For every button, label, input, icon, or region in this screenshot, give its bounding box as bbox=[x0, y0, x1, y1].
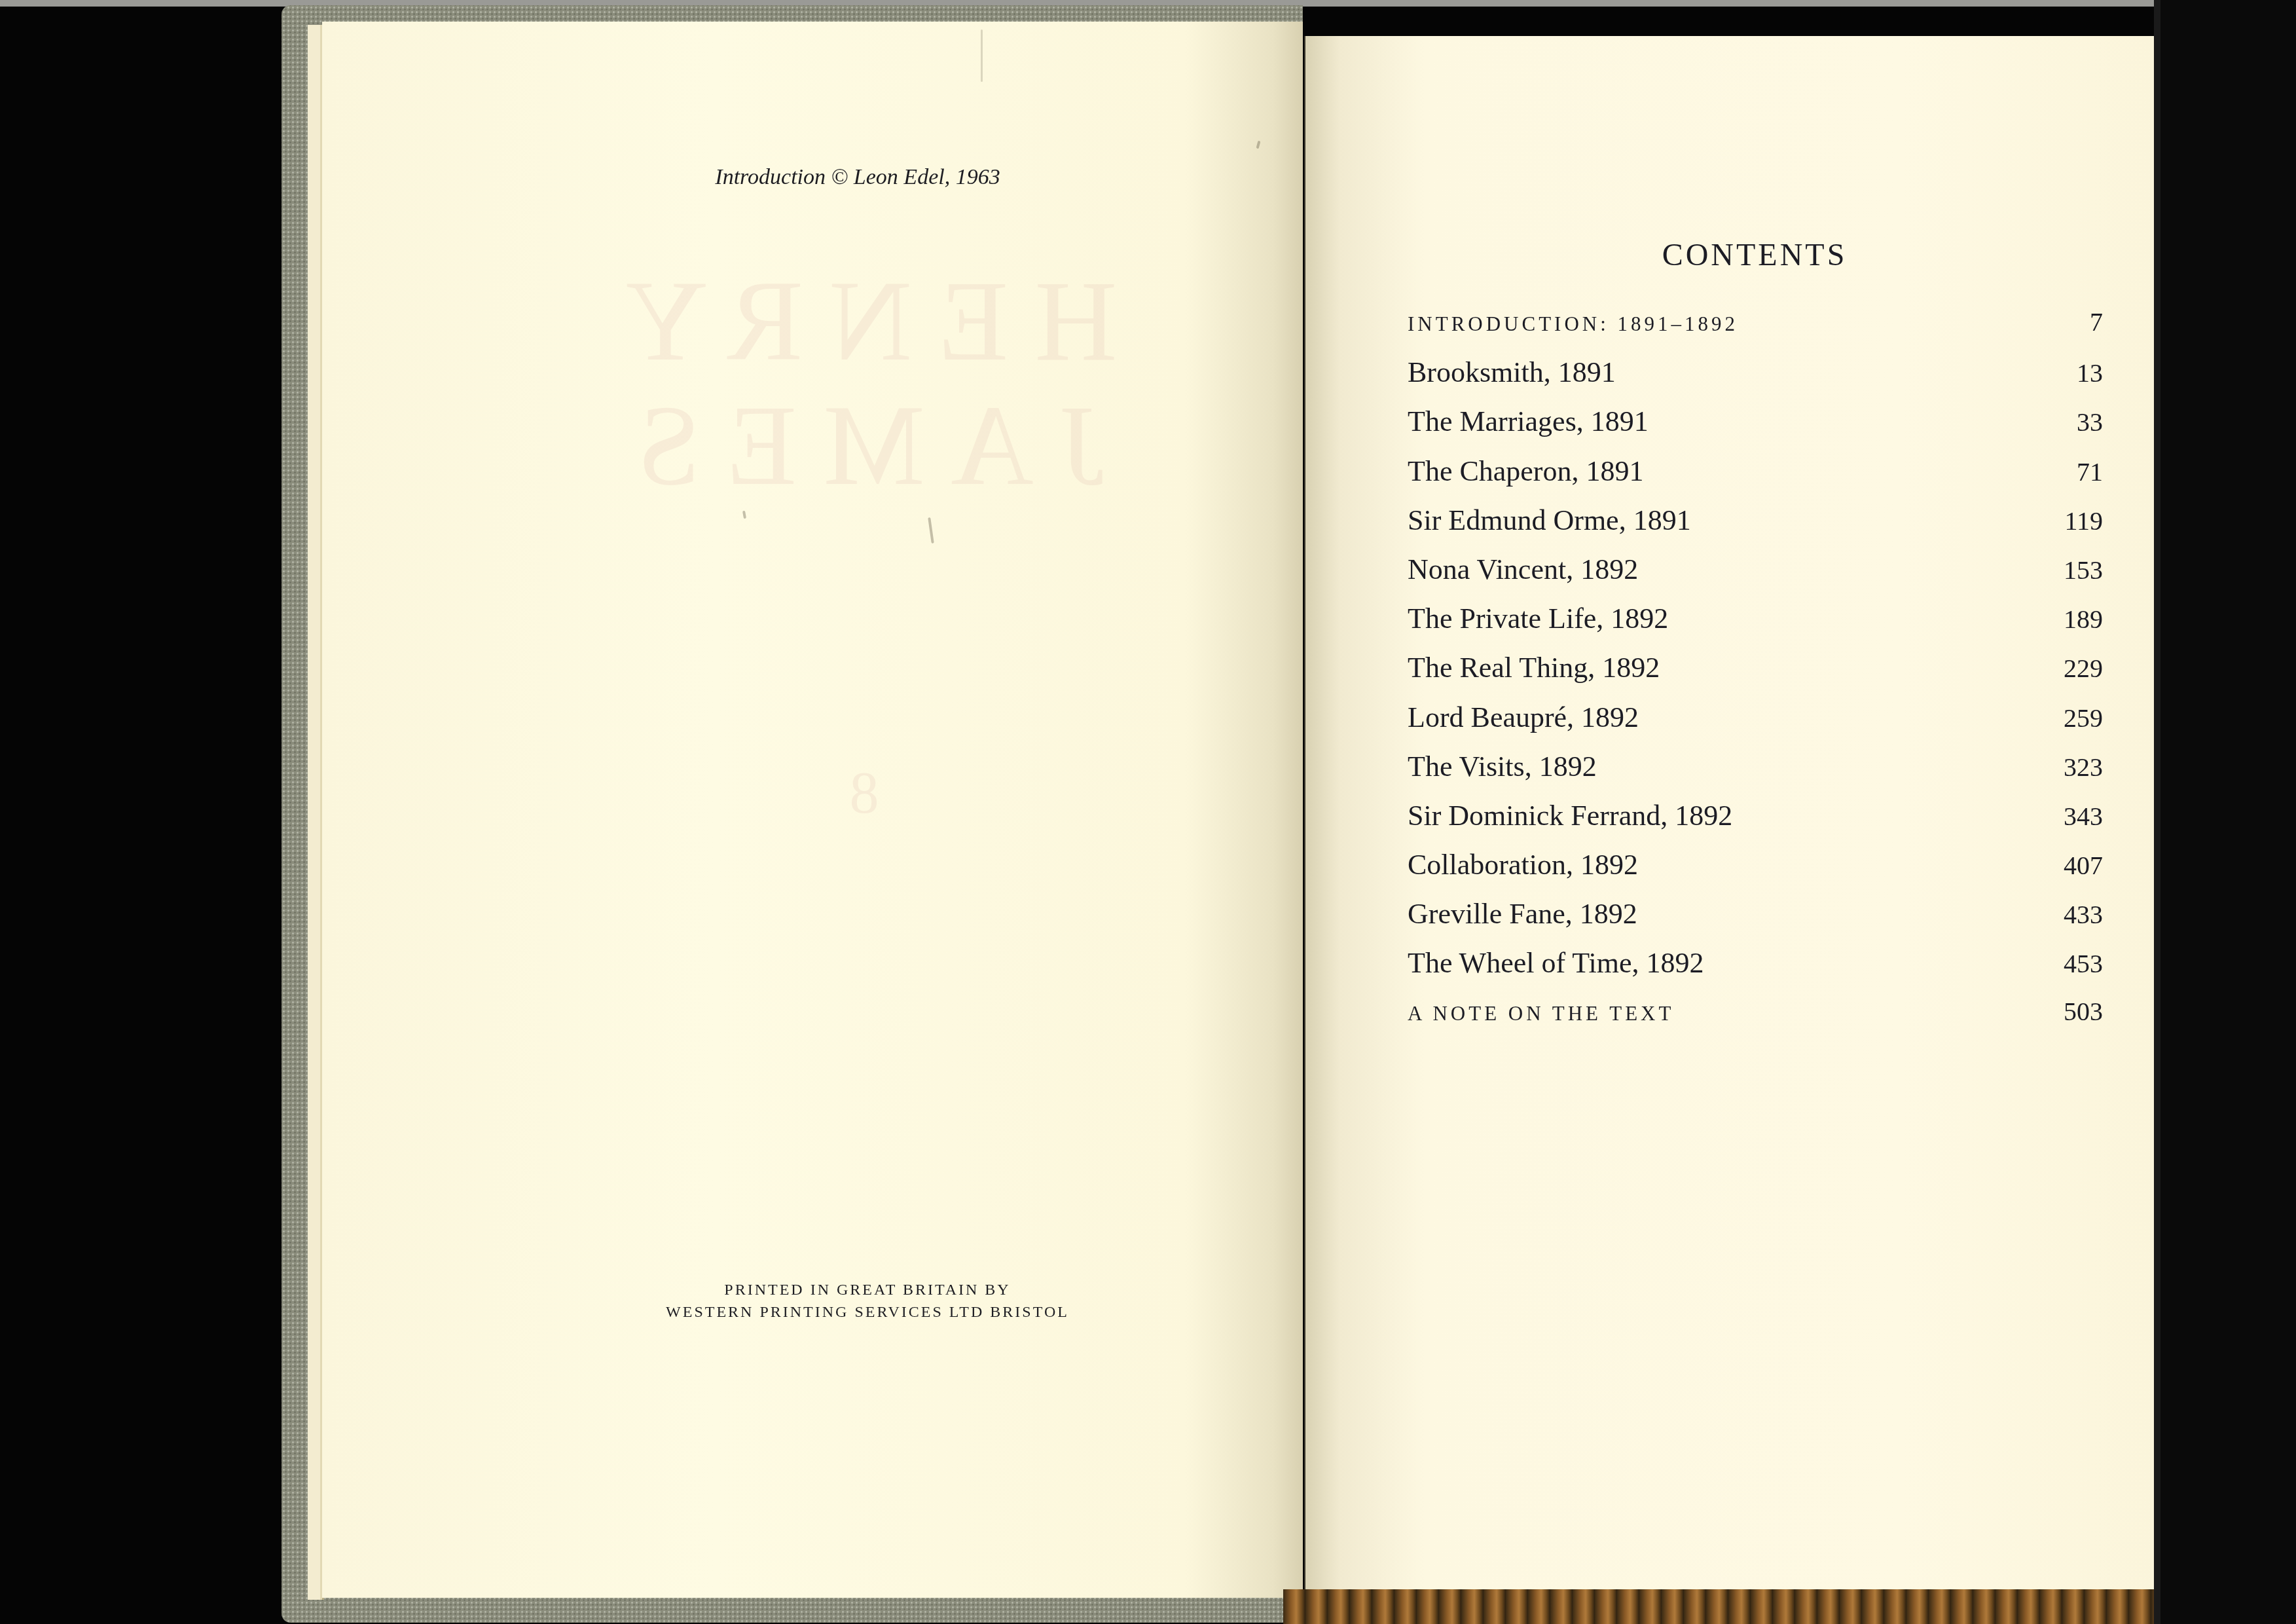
toc-entry-title: Nona Vincent, 1892 bbox=[1408, 553, 1638, 586]
toc-entry-title: INTRODUCTION: 1891–1892 bbox=[1408, 312, 1738, 336]
toc-entry-title: The Private Life, 1892 bbox=[1408, 602, 1668, 635]
toc-entry-title: Lord Beaupré, 1892 bbox=[1408, 701, 1639, 734]
toc-entry: Collaboration, 1892 407 bbox=[1408, 848, 2103, 897]
toc-entry-page: 407 bbox=[2064, 850, 2103, 881]
toc-entry-page: 33 bbox=[2064, 407, 2103, 437]
show-through-volume: 8 bbox=[799, 760, 930, 827]
contents-heading: CONTENTS bbox=[1506, 237, 2003, 273]
toc-entry: The Visits, 1892 323 bbox=[1408, 750, 2103, 799]
toc-entry-page: 433 bbox=[2064, 899, 2103, 930]
scanner-bottom-band bbox=[1283, 1589, 2154, 1624]
imprint-line-1: PRINTED IN GREAT BRITAIN BY bbox=[589, 1279, 1146, 1301]
toc-entry: The Real Thing, 1892 229 bbox=[1408, 651, 2103, 700]
toc-entry: Nona Vincent, 1892 153 bbox=[1408, 553, 2103, 602]
table-of-contents: INTRODUCTION: 1891–1892 7 Brooksmith, 18… bbox=[1408, 306, 2103, 1045]
show-through-henry: HENRY bbox=[570, 255, 1146, 387]
toc-entry-page: 71 bbox=[2064, 456, 2103, 487]
toc-entry-page: 13 bbox=[2064, 358, 2103, 388]
toc-entry: Greville Fane, 1892 433 bbox=[1408, 897, 2103, 946]
toc-entry-page: 503 bbox=[2064, 996, 2103, 1027]
toc-entry-page: 323 bbox=[2064, 752, 2103, 783]
toc-entry-page: 259 bbox=[2064, 703, 2103, 733]
toc-entry-title: Brooksmith, 1891 bbox=[1408, 356, 1616, 389]
toc-entry-title: Greville Fane, 1892 bbox=[1408, 897, 1637, 931]
toc-entry-page: 343 bbox=[2064, 801, 2103, 832]
toc-entry-title: The Marriages, 1891 bbox=[1408, 405, 1649, 438]
toc-entry: Sir Dominick Ferrand, 1892 343 bbox=[1408, 799, 2103, 848]
toc-entry: Sir Edmund Orme, 1891 119 bbox=[1408, 504, 2103, 553]
toc-entry: INTRODUCTION: 1891–1892 7 bbox=[1408, 306, 2103, 356]
toc-entry: The Chaperon, 1891 71 bbox=[1408, 454, 2103, 504]
toc-entry: The Marriages, 1891 33 bbox=[1408, 405, 2103, 454]
toc-entry-title: Sir Edmund Orme, 1891 bbox=[1408, 504, 1691, 537]
toc-entry-page: 153 bbox=[2064, 555, 2103, 585]
toc-entry-title: The Visits, 1892 bbox=[1408, 750, 1597, 783]
page-edge-right bbox=[2154, 0, 2160, 1624]
toc-entry-title: The Wheel of Time, 1892 bbox=[1408, 946, 1704, 980]
toc-entry-title: Sir Dominick Ferrand, 1892 bbox=[1408, 799, 1732, 832]
toc-entry-title: A NOTE ON THE TEXT bbox=[1408, 1002, 1674, 1025]
imprint-line-2: WESTERN PRINTING SERVICES LTD BRISTOL bbox=[589, 1301, 1146, 1323]
toc-entry-page: 189 bbox=[2064, 604, 2103, 635]
toc-entry-page: 229 bbox=[2064, 653, 2103, 684]
toc-entry-page: 119 bbox=[2064, 506, 2103, 536]
toc-entry-page: 7 bbox=[2064, 306, 2103, 337]
toc-entry: A NOTE ON THE TEXT 503 bbox=[1408, 996, 2103, 1045]
toc-entry: Lord Beaupré, 1892 259 bbox=[1408, 701, 2103, 750]
toc-entry: Brooksmith, 1891 13 bbox=[1408, 356, 2103, 405]
toc-entry: The Private Life, 1892 189 bbox=[1408, 602, 2103, 651]
toc-entry: The Wheel of Time, 1892 453 bbox=[1408, 946, 2103, 995]
toc-entry-title: The Chaperon, 1891 bbox=[1408, 454, 1643, 488]
toc-entry-title: Collaboration, 1892 bbox=[1408, 848, 1638, 881]
printer-imprint: PRINTED IN GREAT BRITAIN BY WESTERN PRIN… bbox=[589, 1279, 1146, 1323]
show-through-james: JAMES bbox=[570, 380, 1146, 511]
toc-entry-page: 453 bbox=[2064, 948, 2103, 979]
toc-entry-title: The Real Thing, 1892 bbox=[1408, 651, 1660, 684]
scanner-right-strip bbox=[2160, 0, 2296, 1624]
copyright-line: Introduction © Leon Edel, 1963 bbox=[655, 165, 1061, 190]
